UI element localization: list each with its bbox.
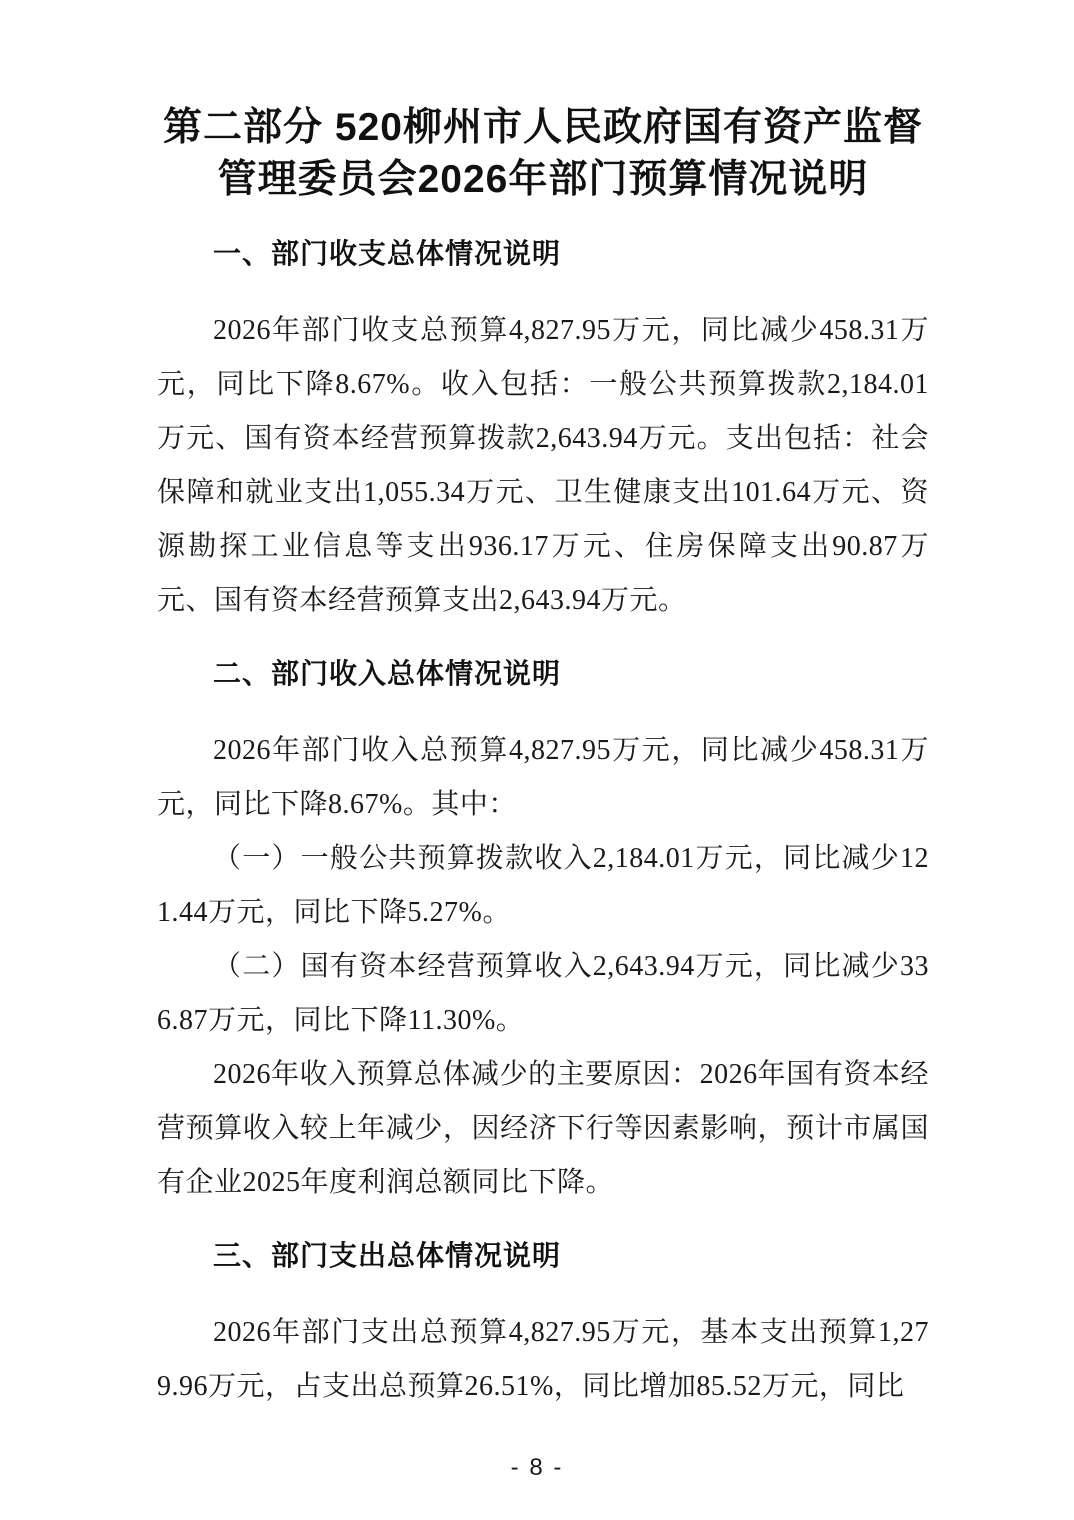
document-title-line-2: 管理委员会2026年部门预算情况说明 <box>157 154 929 206</box>
section-heading-revenue: 二、部门收入总体情况说明 <box>157 654 929 694</box>
section-expenditure: 三、部门支出总体情况说明 2026年部门支出总预算4,827.95万元，基本支出… <box>157 1236 929 1414</box>
document-page: 第二部分 520柳州市人民政府国有资产监督 管理委员会2026年部门预算情况说明… <box>0 0 1074 1520</box>
section-heading-expenditure: 三、部门支出总体情况说明 <box>157 1236 929 1276</box>
paragraph-expenditure-total: 2026年部门支出总预算4,827.95万元，基本支出预算1,279.96万元，… <box>157 1306 929 1414</box>
paragraph-revenue-item-2: （二）国有资本经营预算收入2,643.94万元，同比减少336.87万元，同比下… <box>157 940 929 1048</box>
paragraph-revenue-decrease-reason: 2026年收入预算总体减少的主要原因：2026年国有资本经营预算收入较上年减少，… <box>157 1048 929 1210</box>
paragraph-revenue-item-1: （一）一般公共预算拨款收入2,184.01万元，同比减少121.44万元，同比下… <box>157 832 929 940</box>
paragraph-overall-budget: 2026年部门收支总预算4,827.95万元，同比减少458.31万元，同比下降… <box>157 304 929 628</box>
document-title: 第二部分 520柳州市人民政府国有资产监督 管理委员会2026年部门预算情况说明 <box>157 102 929 206</box>
section-revenue: 二、部门收入总体情况说明 2026年部门收入总预算4,827.95万元，同比减少… <box>157 654 929 1210</box>
page-footer: - 8 - <box>0 1454 1074 1482</box>
page-number: - 8 - <box>511 1454 564 1481</box>
paragraph-revenue-total: 2026年部门收入总预算4,827.95万元，同比减少458.31万元，同比下降… <box>157 724 929 832</box>
document-content: 第二部分 520柳州市人民政府国有资产监督 管理委员会2026年部门预算情况说明… <box>0 0 1074 1414</box>
document-title-line-1: 第二部分 520柳州市人民政府国有资产监督 <box>157 102 929 154</box>
section-heading-overall: 一、部门收支总体情况说明 <box>157 234 929 274</box>
section-overall-revenue-expenditure: 一、部门收支总体情况说明 2026年部门收支总预算4,827.95万元，同比减少… <box>157 234 929 628</box>
